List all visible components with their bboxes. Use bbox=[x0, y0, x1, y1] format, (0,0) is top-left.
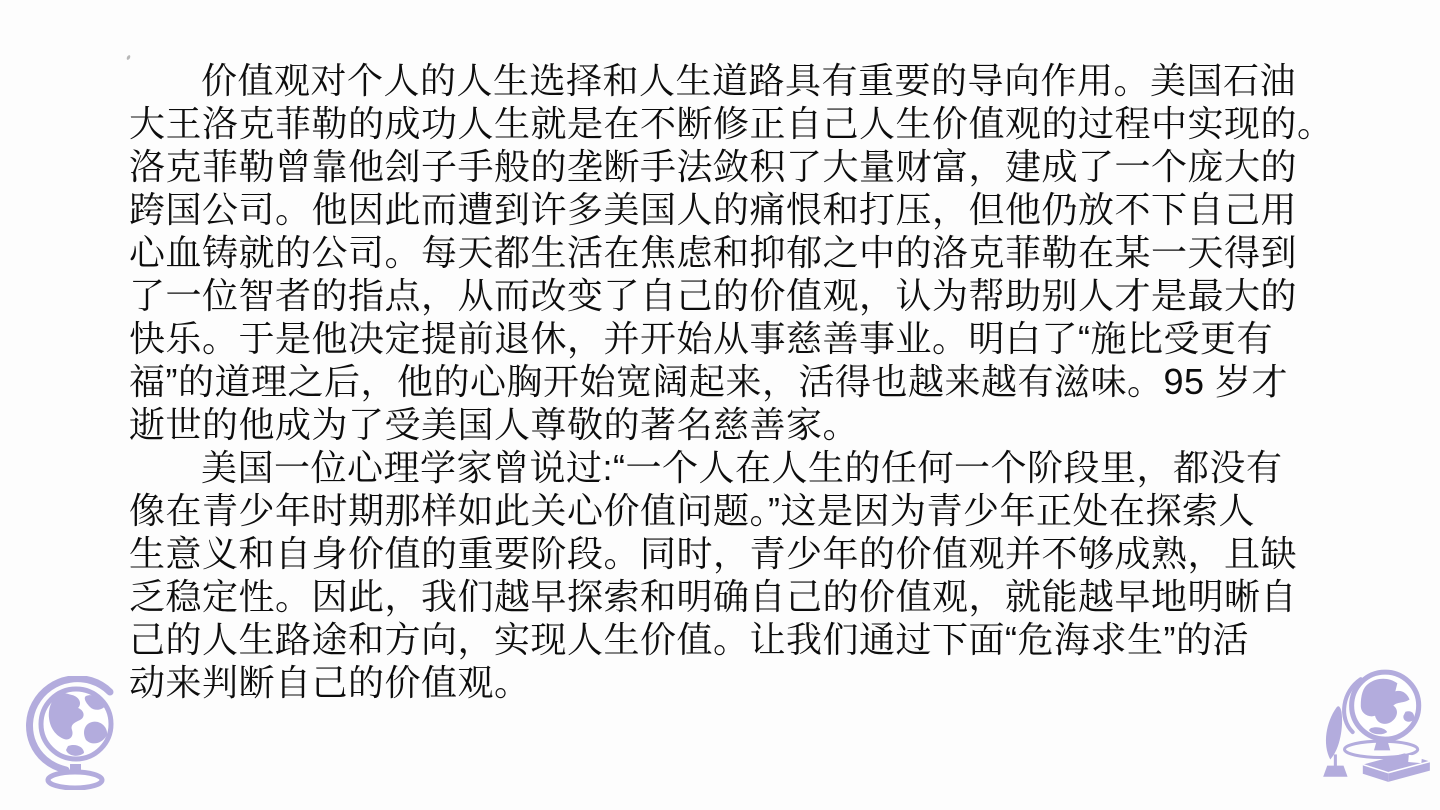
text-line: 了一位智者的指点，从而改变了自己的价值观，认为帮助别人才是最大的 bbox=[129, 274, 1359, 317]
text-line: 跨国公司。他因此而遭到许多美国人的痛恨和打压，但他仍放不下自己用 bbox=[129, 188, 1359, 231]
text-line: 福”的道理之后，他的心胸开始宽阔起来，活得也越来越有滋味。95 岁才 bbox=[129, 360, 1359, 403]
slide-canvas: 价值观对个人的人生选择和人生道路具有重要的导向作用。美国石油 大王洛克菲勒的成功… bbox=[0, 0, 1440, 810]
text-line: 美国一位心理学家曾说过:“一个人在人生的任何一个阶段里，都没有 bbox=[129, 446, 1359, 489]
text-line: 快乐。于是他决定提前退休，并开始从事慈善事业。明白了“施比受更有 bbox=[129, 317, 1359, 360]
paragraph: 美国一位心理学家曾说过:“一个人在人生的任何一个阶段里，都没有 像在青少年时期那… bbox=[129, 446, 1359, 704]
text-line: 己的人生路途和方向，实现人生价值。让我们通过下面“危海求生”的活 bbox=[129, 618, 1359, 661]
text-line: 乏稳定性。因此，我们越早探索和明确自己的价值观，就能越早地明晰自 bbox=[129, 575, 1359, 618]
text-line: 逝世的他成为了受美国人尊敬的著名慈善家。 bbox=[129, 403, 1359, 446]
paragraph: 价值观对个人的人生选择和人生道路具有重要的导向作用。美国石油 大王洛克菲勒的成功… bbox=[129, 59, 1359, 446]
text-line: 心血铸就的公司。每天都生活在焦虑和抑郁之中的洛克菲勒在某一天得到 bbox=[129, 231, 1359, 274]
text-line: 价值观对个人的人生选择和人生道路具有重要的导向作用。美国石油 bbox=[129, 59, 1359, 102]
globe-on-stand-icon bbox=[22, 676, 126, 790]
body-text: 价值观对个人的人生选择和人生道路具有重要的导向作用。美国石油 大王洛克菲勒的成功… bbox=[129, 59, 1359, 704]
text-line: 生意义和自身价值的重要阶段。同时，青少年的价值观并不够成熟，且缺 bbox=[129, 532, 1359, 575]
text-line: 动来判断自己的价值观。 bbox=[129, 661, 1359, 704]
text-line: 大王洛克菲勒的成功人生就是在不断修正自己人生价值观的过程中实现的。 bbox=[129, 102, 1359, 145]
text-line: 洛克菲勒曾靠他刽子手般的垄断手法敛积了大量财富，建成了一个庞大的 bbox=[129, 145, 1359, 188]
text-line: 像在青少年时期那样如此关心价值问题。”这是因为青少年正处在探索人 bbox=[129, 489, 1359, 532]
